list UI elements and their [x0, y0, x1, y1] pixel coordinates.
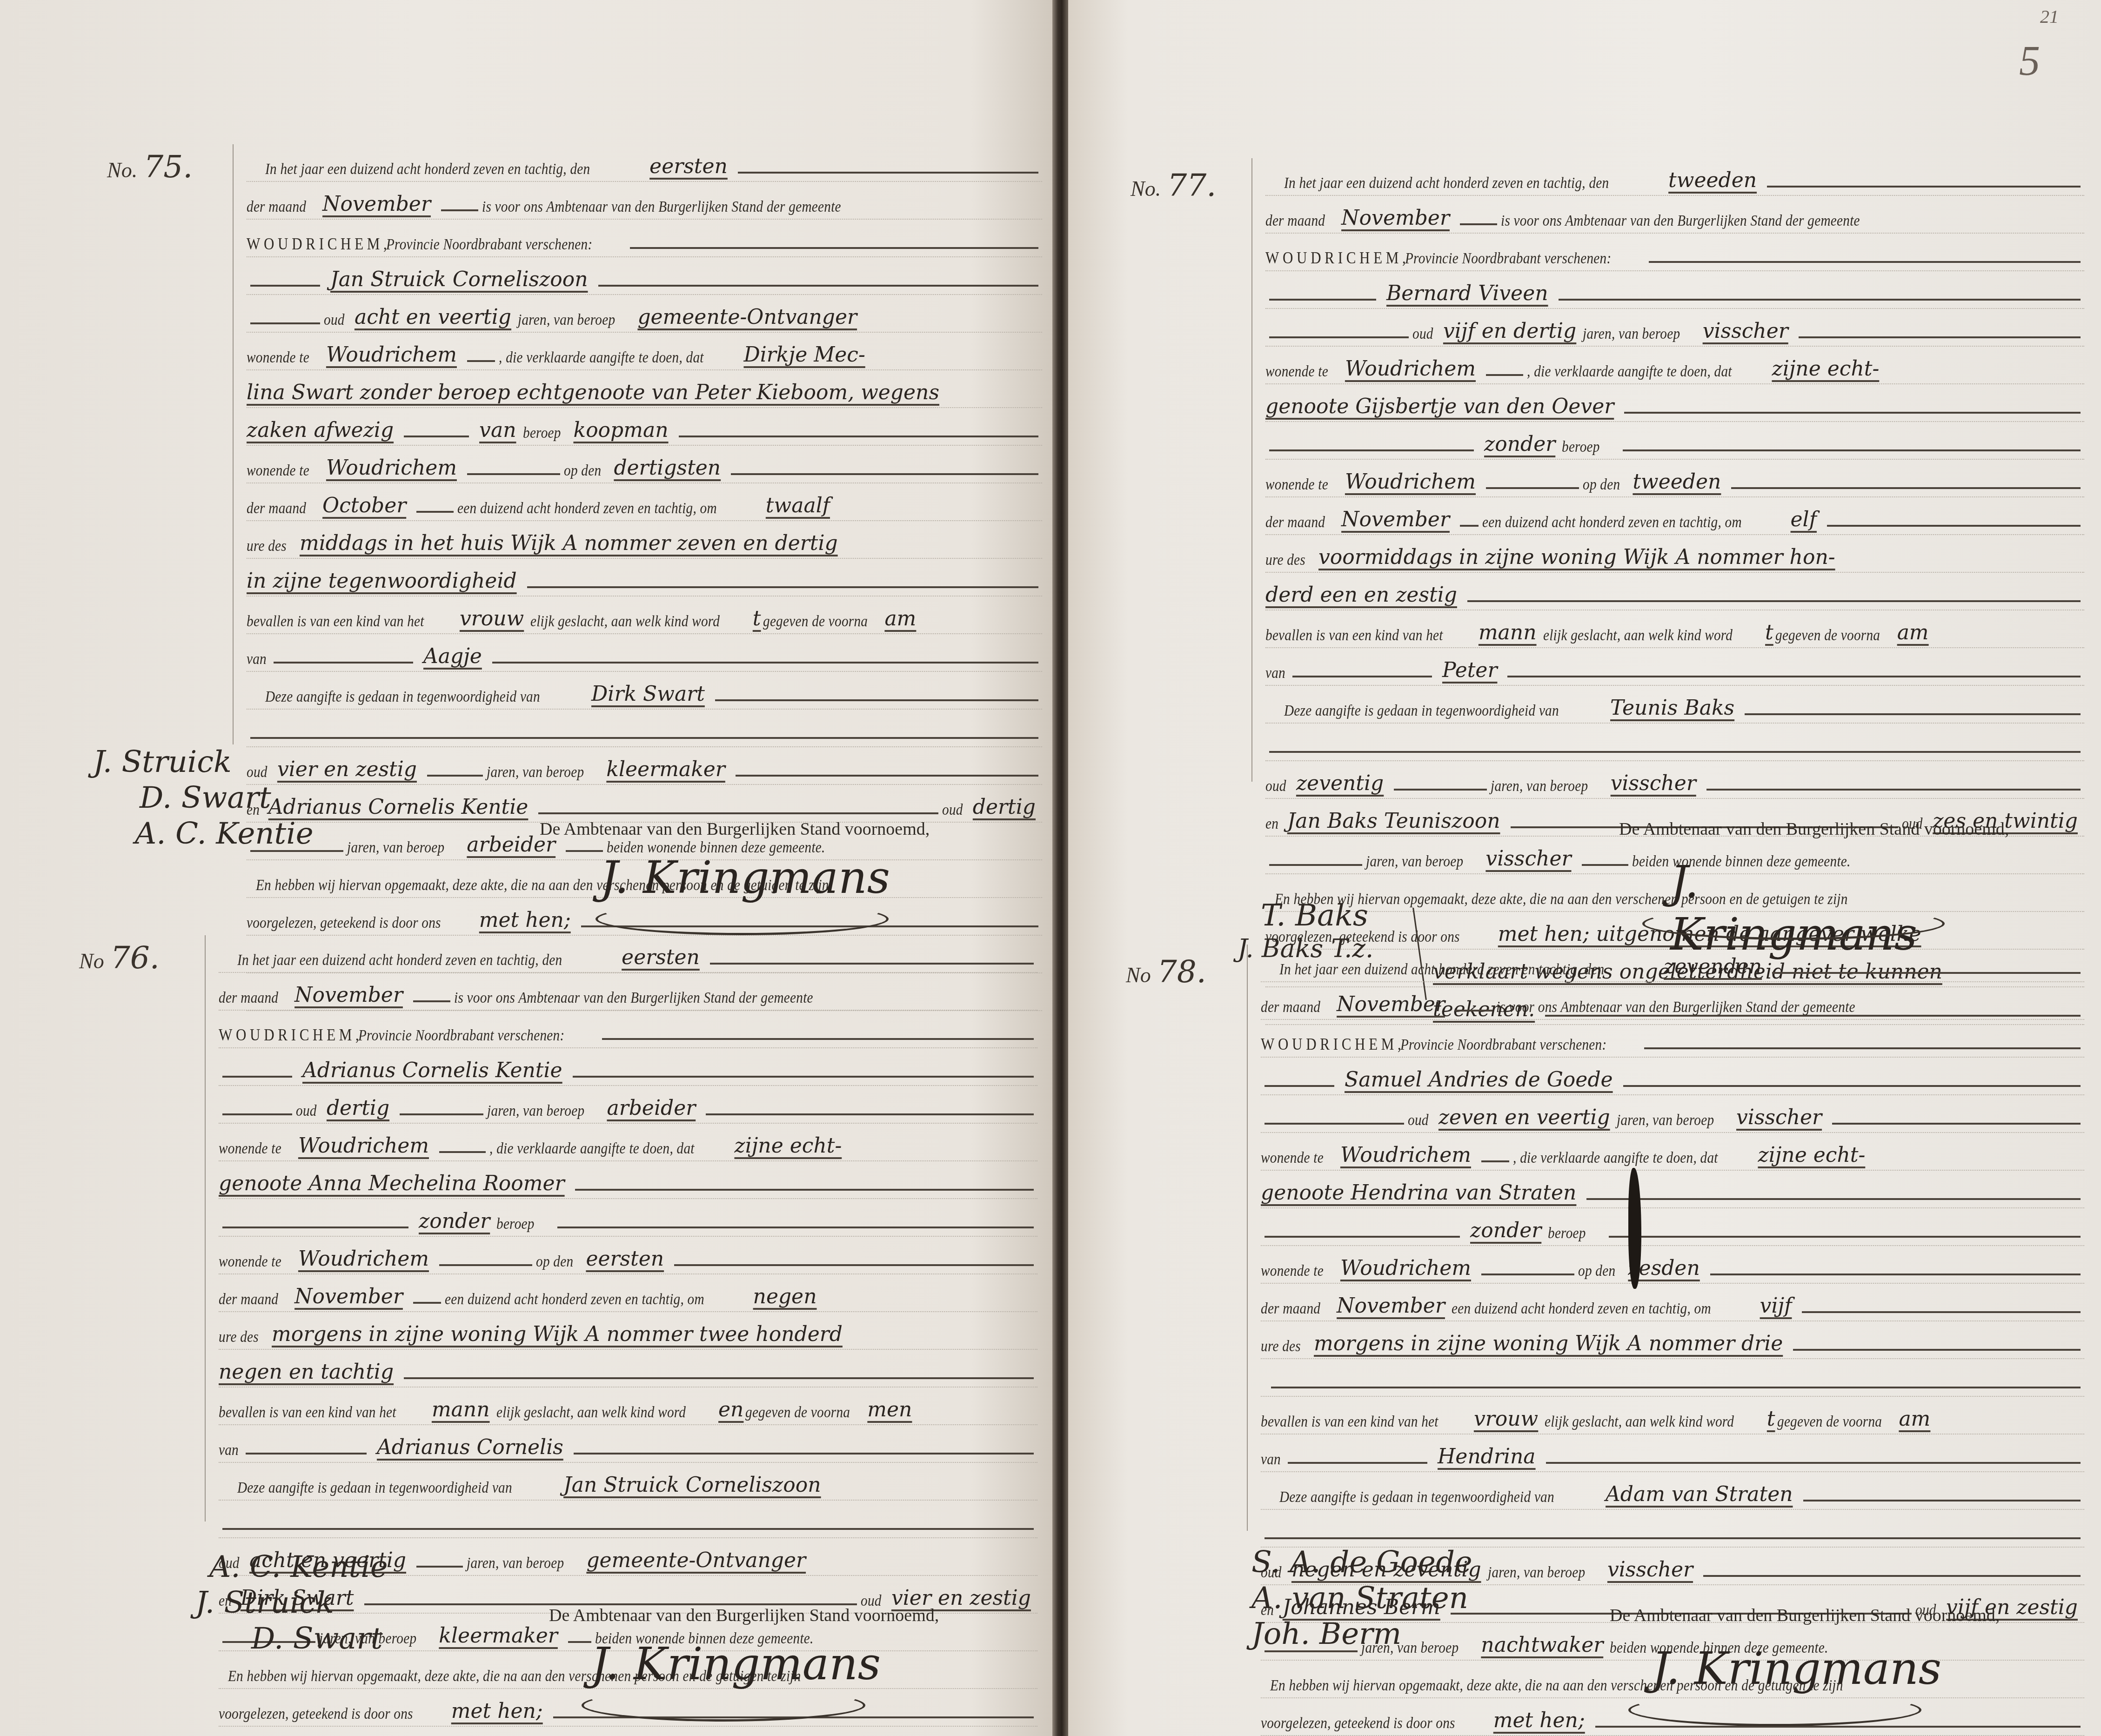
form-line: zonderberoep — [219, 1199, 1037, 1237]
handwritten-entry: tweeden — [1633, 470, 1721, 494]
printed-text: beroep — [496, 1215, 535, 1233]
printed-text: oud — [1412, 325, 1433, 343]
signature: Joh. Berm — [1251, 1616, 1472, 1652]
blank-rule — [222, 1076, 292, 1078]
blank-rule — [1481, 1160, 1509, 1162]
form-line: wonende teWoudrichemop dentweeden — [1265, 460, 2084, 497]
handwritten-entry: dertig — [327, 1096, 389, 1120]
blank-rule — [222, 1528, 1034, 1530]
printed-text: In het jaar een duizend acht honderd zev… — [1284, 174, 1609, 192]
blank-rule — [1486, 487, 1579, 489]
handwritten-entry: November — [294, 983, 403, 1007]
form-line: WOUDRICHEM,Provincie Noordbrabant versch… — [1265, 234, 2084, 271]
signature-flourish — [1628, 1694, 1921, 1726]
printed-text: jaren, van beroep — [1583, 325, 1680, 343]
handwritten-entry: visscher — [1485, 847, 1571, 871]
form-line: negen en tachtig — [219, 1350, 1037, 1387]
printed-text: WOUDRICHEM, — [247, 234, 391, 254]
blank-rule — [1269, 299, 1376, 301]
form-line: WOUDRICHEM,Provincie Noordbrabant versch… — [219, 1011, 1037, 1048]
blank-rule — [679, 436, 1038, 437]
handwritten-entry: Woudrichem — [1340, 1256, 1471, 1280]
handwritten-entry: genoote Anna Mechelina Roomer — [219, 1172, 565, 1195]
witness-signatures: A. C. Kentie J. Struick D. Swart — [195, 1549, 388, 1656]
record-number-value: 75. — [144, 149, 193, 185]
blank-rule — [274, 662, 413, 664]
handwritten-entry: en — [718, 1398, 743, 1421]
blank-rule — [1546, 1462, 2081, 1464]
line-child-name: vanAagje — [247, 634, 1042, 672]
official-label: De Ambtenaar van den Burgerlijken Stand … — [540, 819, 930, 839]
record-number: No78. — [1126, 954, 1206, 990]
blank-rule — [467, 360, 495, 362]
handwritten-entry: Woudrichem — [1345, 357, 1476, 381]
printed-text: op den — [1583, 476, 1620, 494]
printed-text: , die verklaarde aangifte te doen, dat — [489, 1140, 695, 1158]
form-line: wonende teWoudrichemop denzesden — [1261, 1246, 2084, 1284]
blank-rule — [1731, 487, 2081, 489]
blank-rule — [1271, 1387, 2081, 1388]
blank-rule — [1582, 864, 1628, 866]
form-line: oudzeventigjaren, van beroepvisscher — [1265, 761, 2084, 799]
printed-text: is voor ons Ambtenaar van den Burgerlijk… — [454, 989, 813, 1007]
line-declarant: Jan Struick Corneliszoon — [247, 257, 1042, 295]
blank-rule — [630, 247, 1038, 249]
blank-rule — [1507, 676, 2081, 677]
form-line: wonende teWoudrichem, die verklaarde aan… — [219, 1124, 1037, 1161]
printed-text: jaren, van beroep — [487, 1102, 584, 1120]
declarant-name: Adrianus Cornelis Kentie — [302, 1059, 562, 1082]
blank-rule — [715, 699, 1038, 701]
handwritten-entry: genoote Hendrina van Straten — [1261, 1181, 1576, 1205]
handwritten-entry: nachtwaker — [1481, 1633, 1603, 1657]
form-line: der maandNovembereen duizend acht honder… — [219, 1274, 1037, 1312]
blank-rule — [1710, 1274, 2081, 1275]
handwritten-entry: visscher — [1703, 319, 1788, 343]
blank-rule — [1265, 1537, 2081, 1539]
line-birth-time-2: in zijne tegenwoordigheid — [247, 559, 1042, 597]
printed-text: voorgelezen, geteekend is door ons — [1261, 1715, 1455, 1732]
handwritten-entry: elf — [1791, 508, 1817, 531]
handwritten-entry: genoote Gijsbertje van den Oever — [1265, 395, 1614, 418]
blank-rule — [1586, 1198, 2081, 1200]
printed-text: op den — [564, 462, 601, 480]
printed-text: elijk geslacht, aan welk kind word — [1545, 1413, 1734, 1431]
printed-text: voorgelezen, geteekend is door ons — [219, 1705, 413, 1723]
printed-text: van — [1265, 664, 1285, 682]
form-line: genoote Gijsbertje van den Oever — [1265, 384, 2084, 422]
handwritten-entry: eersten — [586, 1247, 664, 1271]
handwritten-entry: met hen; — [451, 1699, 543, 1723]
printed-text: elijk geslacht, aan welk kind word — [496, 1404, 686, 1421]
record-number: No76. — [79, 940, 160, 976]
blank-rule — [706, 1113, 1034, 1115]
printed-text: ure des — [219, 1328, 259, 1346]
blank-rule — [602, 1038, 1034, 1040]
printed-text: beroep — [523, 424, 561, 442]
blank-rule — [1745, 713, 2081, 715]
blank-rule — [1644, 1047, 2081, 1049]
line-mother-occupation: zaken afwezigvanberoepkoopman — [247, 408, 1042, 446]
handwritten-entry: November — [1341, 508, 1450, 531]
blank-rule — [1772, 972, 2081, 974]
form-line: In het jaar een duizend acht honderd zev… — [219, 935, 1037, 973]
handwritten-entry: dertigsten — [614, 456, 721, 480]
blank-rule — [400, 1113, 483, 1115]
handwritten-entry: November — [1337, 992, 1445, 1016]
margin-rule — [1251, 158, 1252, 782]
handwritten-entry: eersten — [622, 945, 700, 969]
form-line: ure desvoormiddags in zijne woning Wijk … — [1265, 535, 2084, 573]
handwritten-entry: October — [322, 494, 406, 517]
blank-rule — [416, 511, 454, 513]
blank-rule — [575, 1189, 1034, 1191]
handwritten-entry: zeven en veertig — [1439, 1106, 1610, 1129]
form-line: vanAdrianus Cornelis — [219, 1425, 1037, 1463]
blank-rule — [1649, 261, 2081, 263]
form-line: WOUDRICHEM,Provincie Noordbrabant versch… — [1261, 1020, 2084, 1058]
blank-rule — [598, 285, 1038, 287]
printed-text: In het jaar een duizend acht honderd zev… — [1279, 961, 1604, 979]
printed-text: gegeven de voorna — [763, 613, 868, 630]
blank-rule — [1595, 1726, 2081, 1728]
handwritten-entry: Jan Baks Teuniszoon — [1287, 809, 1500, 833]
handwritten-entry: van — [479, 418, 516, 442]
printed-text: Deze aangifte is gedaan in tegenwoordigh… — [265, 688, 540, 706]
record-section: No. — [107, 158, 137, 182]
printed-text: oud — [942, 801, 963, 819]
handwritten-entry: kleermaker — [439, 1624, 558, 1648]
blank-rule — [1706, 789, 2081, 791]
printed-text: oud — [296, 1102, 317, 1120]
form-line — [219, 1501, 1037, 1538]
printed-text: der maand — [247, 198, 306, 216]
handwritten-entry: Teunis Baks — [1610, 696, 1734, 720]
handwritten-entry: acht en veertig — [355, 305, 511, 329]
printed-text: Provincie Noordbrabant verschenen: — [1405, 250, 1611, 268]
blank-rule — [492, 662, 1038, 664]
blank-rule — [1803, 1500, 2081, 1501]
handwritten-entry: tweeden — [1668, 168, 1757, 192]
handwritten-entry: twaalf — [766, 494, 830, 517]
blank-rule — [246, 1453, 367, 1454]
handwritten-entry: middags in het huis Wijk A nommer zeven … — [300, 531, 838, 555]
handwritten-entry: t — [1767, 1407, 1775, 1431]
record-number-value: 78. — [1158, 954, 1206, 990]
witness-signatures: J. Struick D. Swart A. C. Kentie — [93, 744, 314, 851]
handwritten-entry: zijne echt- — [734, 1134, 842, 1158]
printed-text: een duizend acht honderd zeven en tachti… — [457, 500, 717, 517]
handwritten-entry: Woudrichem — [298, 1247, 429, 1271]
printed-text: is voor ons Ambtenaar van den Burgerlijk… — [1496, 999, 1855, 1016]
blank-rule — [731, 473, 1038, 475]
handwritten-entry: visscher — [1611, 771, 1696, 795]
printed-text: is voor ons Ambtenaar van den Burgerlijk… — [482, 198, 841, 216]
line-date: In het jaar een duizend acht honderd zev… — [247, 144, 1042, 182]
blank-rule — [1269, 864, 1362, 866]
record-section: No — [79, 949, 104, 973]
form-line: bevallen is van een kind van hetmannelij… — [219, 1387, 1037, 1425]
printed-text: jaren, van beroep — [1488, 1564, 1585, 1582]
blank-rule — [222, 1227, 408, 1228]
blank-rule — [1623, 449, 2081, 451]
printed-text: gegeven de voorna — [1775, 627, 1880, 644]
handwritten-entry: negen — [753, 1285, 817, 1308]
printed-text: der maand — [1265, 514, 1325, 531]
printed-text: der maand — [247, 500, 306, 517]
record-number-value: 76. — [111, 940, 160, 976]
handwritten-entry: vrouw — [1474, 1407, 1538, 1431]
blank-rule — [1703, 1575, 2081, 1577]
form-line — [1265, 724, 2084, 761]
printed-text: der maand — [1261, 1300, 1320, 1318]
handwritten-entry: arbeider — [607, 1096, 696, 1120]
printed-text: jaren, van beroep — [1617, 1112, 1714, 1129]
form-line: genoote Hendrina van Straten — [1261, 1171, 2084, 1208]
official-label: De Ambtenaar van den Burgerlijken Stand … — [549, 1605, 939, 1626]
form-line: In het jaar een duizend acht honderd zev… — [1261, 945, 2084, 982]
handwritten-entry: men — [867, 1398, 912, 1421]
blank-rule — [404, 436, 469, 437]
form-line: genoote Anna Mechelina Roomer — [219, 1161, 1037, 1199]
handwritten-entry: morgens in zijne woning Wijk A nommer dr… — [1314, 1332, 1783, 1355]
folio-mark: 5 — [2019, 37, 2040, 85]
printed-text: een duizend acht honderd zeven en tachti… — [1482, 514, 1742, 531]
signature-flourish — [1642, 907, 1945, 940]
handwritten-entry: t — [753, 607, 761, 630]
blank-rule — [574, 1453, 1034, 1454]
form-line: der maandNovembereen duizend acht honder… — [1265, 497, 2084, 535]
printed-text: wonende te — [219, 1140, 281, 1158]
handwritten-entry: November — [1341, 206, 1450, 230]
blank-rule — [1802, 1311, 2081, 1313]
form-line: ure desmorgens in zijne woning Wijk A no… — [219, 1312, 1037, 1350]
blank-rule — [1481, 1274, 1574, 1275]
form-line: der maandNovembereen duizend acht honder… — [1261, 1284, 2084, 1321]
printed-text: ure des — [1261, 1338, 1301, 1355]
line-sex: bevallen is van een kind van hetvrouweli… — [247, 597, 1042, 634]
blank-rule — [538, 812, 938, 814]
handwritten-entry: mann — [1479, 621, 1537, 644]
printed-text: elijk geslacht, aan welk kind word — [530, 613, 720, 630]
signature: D. Swart — [251, 1621, 388, 1657]
printed-text: Deze aangifte is gedaan in tegenwoordigh… — [237, 1479, 512, 1497]
blank-rule — [1609, 1236, 2081, 1238]
signature: J. Struick — [93, 744, 314, 780]
witness1-name: Dirk Swart — [591, 682, 705, 706]
form-line: wonende teWoudrichem, die verklaarde aan… — [1261, 1133, 2084, 1171]
handwritten-entry: gemeente-Ontvanger — [637, 305, 857, 329]
printed-text: een duizend acht honderd zeven en tachti… — [445, 1291, 704, 1308]
child-name: Peter — [1442, 658, 1497, 682]
form-line: zonderberoep — [1261, 1208, 2084, 1246]
signature: S. A. de Goede — [1251, 1545, 1472, 1581]
signature-flourish — [582, 1689, 865, 1722]
printed-text: oud — [1408, 1112, 1429, 1129]
handwritten-entry: zijne echt- — [1772, 357, 1879, 381]
declarant-name: Samuel Andries de Goede — [1345, 1068, 1613, 1092]
blank-rule — [441, 209, 478, 211]
line-blank — [247, 710, 1042, 747]
signature: A. C. Kentie — [135, 816, 314, 852]
blank-rule — [710, 963, 1034, 965]
folio-number: 21 — [2040, 6, 2059, 27]
declarant-name: Bernard Viveen — [1386, 282, 1548, 305]
blank-rule — [1265, 1085, 1334, 1087]
printed-text: der maand — [1265, 212, 1325, 230]
printed-text: beroep — [1562, 438, 1600, 456]
printed-text: oud — [324, 311, 345, 329]
blank-rule — [527, 586, 1038, 588]
blank-rule — [416, 1566, 463, 1568]
blank-rule — [467, 473, 560, 475]
handwritten-entry: am — [1899, 1407, 1930, 1431]
printed-text: Provincie Noordbrabant verschenen: — [386, 236, 592, 254]
blank-rule — [439, 1264, 532, 1266]
blank-rule — [1486, 374, 1523, 376]
line-mother: lina Swart zonder beroep echtgenoote van… — [247, 370, 1042, 408]
line-witness2: enAdrianus Cornelis Kentieouddertig — [247, 785, 1042, 823]
blank-rule — [1624, 412, 2081, 414]
blank-rule — [1467, 600, 2081, 602]
printed-text: van — [1261, 1451, 1281, 1468]
handwritten-entry: Woudrichem — [1345, 470, 1476, 494]
handwritten-entry: zonder — [1484, 432, 1555, 456]
form-line: Deze aangifte is gedaan in tegenwoordigh… — [1261, 1472, 2084, 1510]
form-line: vanHendrina — [1261, 1434, 2084, 1472]
witness-signatures: S. A. de Goede A. van Straten Joh. Berm — [1251, 1545, 1472, 1652]
blank-rule — [674, 1264, 1034, 1266]
line-witness1-age: oudvier en zestigjaren, van beroepkleerm… — [247, 747, 1042, 785]
blank-rule — [222, 1113, 292, 1115]
printed-text: bevallen is van een kind van het — [1265, 627, 1443, 644]
handwritten-entry: met hen; — [1493, 1709, 1585, 1732]
handwritten-entry: November — [1337, 1294, 1445, 1318]
form-line: vanPeter — [1265, 648, 2084, 686]
printed-text: op den — [536, 1253, 573, 1271]
printed-text: gegeven de voorna — [745, 1404, 850, 1421]
blank-rule — [1455, 1010, 1492, 1012]
handwritten-entry: zonder — [419, 1209, 490, 1233]
printed-text: jaren, van beroep — [467, 1555, 564, 1572]
printed-text: wonende te — [247, 349, 309, 367]
handwritten-entry: zevenden — [1664, 955, 1762, 979]
form-line: wonende teWoudrichemop deneersten — [219, 1237, 1037, 1274]
blank-rule — [427, 775, 483, 777]
day-field: eersten — [649, 154, 728, 178]
printed-text: wonende te — [1265, 363, 1328, 381]
printed-text: voorgelezen, geteekend is door ons — [247, 914, 441, 932]
printed-text: bevallen is van een kind van het — [247, 613, 424, 630]
blank-rule — [1269, 449, 1474, 451]
blank-rule — [736, 775, 1038, 777]
printed-text: en — [1265, 815, 1278, 833]
printed-text: jaren, van beroep — [1366, 853, 1463, 871]
form-line: derd een en zestig — [1265, 573, 2084, 610]
form-line: der maandNovemberis voor ons Ambtenaar v… — [1261, 982, 2084, 1020]
blank-rule — [566, 850, 603, 852]
printed-text: bevallen is van een kind van het — [219, 1404, 396, 1421]
blank-rule — [1793, 1349, 2081, 1351]
handwritten-entry: am — [884, 607, 916, 630]
handwritten-entry: Dirkje Mec- — [743, 343, 865, 367]
form-line: oudzeven en veertigjaren, van beroepviss… — [1261, 1095, 2084, 1133]
printed-text: Provincie Noordbrabant verschenen: — [358, 1027, 564, 1045]
handwritten-entry: visscher — [1736, 1106, 1822, 1129]
printed-text: In het jaar een duizend acht honderd zev… — [237, 952, 562, 969]
handwritten-entry: kleermaker — [606, 757, 725, 781]
line-month: der maandNovemberis voor ons Ambtenaar v… — [247, 182, 1042, 220]
handwritten-entry: lina Swart zonder beroep echtgenoote van… — [247, 381, 939, 404]
blank-rule — [439, 1151, 486, 1153]
blank-rule — [250, 737, 1038, 739]
form-line: ure desmorgens in zijne woning Wijk A no… — [1261, 1321, 2084, 1359]
printed-text: elijk geslacht, aan welk kind word — [1543, 627, 1733, 644]
form-line: bevallen is van een kind van hetmannelij… — [1265, 610, 2084, 648]
printed-text: van — [219, 1441, 239, 1459]
handwritten-entry: in zijne tegenwoordigheid — [247, 569, 517, 593]
margin-rule — [205, 935, 206, 1522]
printed-text: wonende te — [1265, 476, 1328, 494]
printed-text: ure des — [247, 537, 287, 555]
blank-rule — [1269, 751, 2081, 753]
form-line: In het jaar een duizend acht honderd zev… — [1265, 158, 2084, 196]
blank-rule — [1288, 1462, 1427, 1464]
handwritten-entry: Adam van Straten — [1606, 1482, 1793, 1506]
signature: A. C. Kentie — [209, 1549, 388, 1585]
handwritten-entry: zaken afwezig — [247, 418, 394, 442]
handwritten-entry: Woudrichem — [326, 456, 457, 480]
line-birth-place: wonende teWoudrichemop dendertigsten — [247, 446, 1042, 483]
form-line: Deze aangifte is gedaan in tegenwoordigh… — [219, 1463, 1037, 1501]
printed-text: jaren, van beroep — [487, 764, 584, 781]
line-declarant-age: oudacht en veertigjaren, van beroepgemee… — [247, 295, 1042, 333]
printed-text: Provincie Noordbrabant verschenen: — [1400, 1036, 1606, 1054]
official-label: De Ambtenaar van den Burgerlijken Stand … — [1610, 1605, 2000, 1626]
printed-text: , die verklaarde aangifte te doen, dat — [499, 349, 704, 367]
form-line: bevallen is van een kind van hetvrouweli… — [1261, 1397, 2084, 1434]
handwritten-entry: Woudrichem — [298, 1134, 429, 1158]
signature: D. Swart — [140, 780, 314, 816]
blank-rule — [1827, 525, 2081, 527]
handwritten-entry: gemeente-Ontvanger — [586, 1548, 806, 1572]
record-number: No.75. — [107, 149, 193, 185]
handwritten-entry: dertig — [973, 795, 1036, 819]
signature-flourish — [596, 903, 889, 935]
printed-text: van — [247, 650, 267, 668]
printed-text: In het jaar een duizend acht honderd zev… — [265, 161, 590, 178]
official-signature: J. Kringmans — [600, 851, 890, 904]
record-section: No. — [1131, 177, 1161, 201]
form-line: Bernard Viveen — [1265, 271, 2084, 309]
printed-text: op den — [1578, 1262, 1615, 1280]
printed-text: , die verklaarde aangifte te doen, dat — [1527, 363, 1732, 381]
handwritten-entry: t — [1765, 621, 1773, 644]
printed-text: jaren, van beroep — [347, 839, 444, 857]
handwritten-entry: vijf — [1760, 1294, 1792, 1318]
printed-text: jaren, van beroep — [518, 311, 615, 329]
handwritten-entry: zijne echt- — [1758, 1143, 1865, 1167]
blank-rule — [1265, 1123, 1404, 1125]
blank-rule — [1265, 1236, 1460, 1238]
blank-rule — [1292, 676, 1432, 677]
month-field: November — [322, 192, 431, 216]
margin-rule — [233, 144, 234, 744]
handwritten-entry: negen en tachtig — [219, 1360, 394, 1384]
handwritten-entry: derd een en zestig — [1265, 583, 1457, 607]
printed-text: wonende te — [1261, 1262, 1324, 1280]
blank-rule — [1799, 336, 2081, 338]
